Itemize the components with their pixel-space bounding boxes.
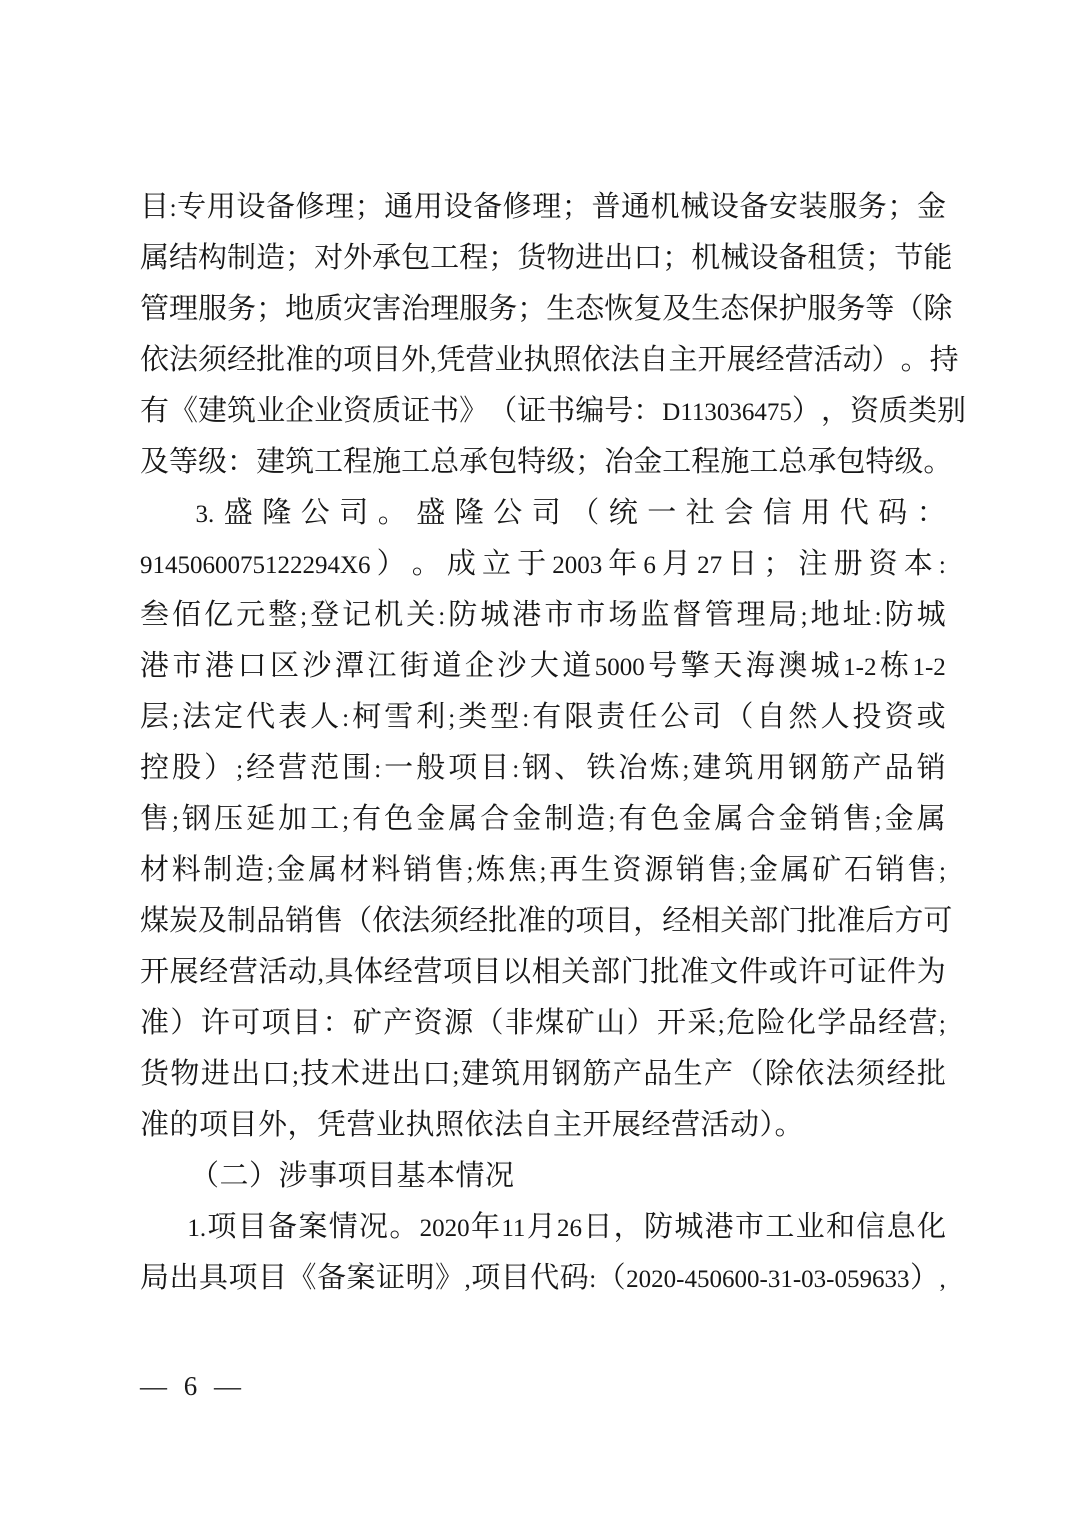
body-text: 目:专用设备修理；通用设备修理；普通机械设备安装服务；金属结构制造；对外承包工程…: [140, 182, 946, 1304]
text-line-16: 开展经营活动,具体经营项目以相关部门批准文件或许可证件为: [140, 947, 946, 998]
text-line-7: 3.盛隆公司。盛隆公司（统一社会信用代码：: [140, 488, 946, 539]
text-line-5: 有《建筑业企业资质证书》（证书编号：D113036475），资质类别: [140, 386, 946, 437]
text-line-12: 控股）;经营范围:一般项目:钢、铁冶炼;建筑用钢筋产品销: [140, 743, 946, 794]
text-line-6: 及等级：建筑工程施工总承包特级；冶金工程施工总承包特级。: [140, 437, 946, 488]
text-line-3: 管理服务；地质灾害治理服务；生态恢复及生态保护服务等（除: [140, 284, 946, 335]
text-line-17: 准）许可项目：矿产资源（非煤矿山）开采;危险化学品经营;: [140, 998, 946, 1049]
text-line-4: 依法须经批准的项目外,凭营业执照依法自主开展经营活动）。持: [140, 335, 946, 386]
text-line-18: 货物进出口;技术进出口;建筑用钢筋产品生产（除依法须经批: [140, 1049, 946, 1100]
paragraph-indent: [140, 1235, 186, 1236]
text-line-2: 属结构制造；对外承包工程；货物进出口；机械设备租赁；节能: [140, 233, 946, 284]
page-footer: — 6 —: [140, 1366, 246, 1406]
text-line-22: 局出具项目《备案证明》,项目代码:（2020-450600-31-03-0596…: [140, 1253, 946, 1304]
text-line-14: 材料制造;金属材料销售;炼焦;再生资源销售;金属矿石销售;: [140, 845, 946, 896]
text-line-15: 煤炭及制品销售（依法须经批准的项目，经相关部门批准后方可: [140, 896, 946, 947]
paragraph-indent: [140, 521, 186, 522]
page-number: — 6 —: [140, 1371, 246, 1402]
text-line-8: 9145060075122294X6）。成立于2003年6月27日；注册资本:: [140, 539, 946, 590]
text-line-11: 层;法定代表人:柯雪利;类型:有限责任公司（自然人投资或: [140, 692, 946, 743]
text-line-21: 1.项目备案情况。2020年11月26日，防城港市工业和信息化: [140, 1202, 946, 1253]
document-page: 目:专用设备修理；通用设备修理；普通机械设备安装服务；金属结构制造；对外承包工程…: [0, 0, 1074, 1520]
text-line-1: 目:专用设备修理；通用设备修理；普通机械设备安装服务；金: [140, 182, 946, 233]
text-line-20: （二）涉事项目基本情况: [140, 1151, 946, 1202]
text-line-9: 叁佰亿元整;登记机关:防城港市市场监督管理局;地址:防城: [140, 590, 946, 641]
text-line-10: 港市港口区沙潭江街道企沙大道5000号擎天海澳城1-2栋1-2: [140, 641, 946, 692]
text-line-13: 售;钢压延加工;有色金属合金制造;有色金属合金销售;金属: [140, 794, 946, 845]
text-line-19: 准的项目外，凭营业执照依法自主开展经营活动）。: [140, 1100, 946, 1151]
